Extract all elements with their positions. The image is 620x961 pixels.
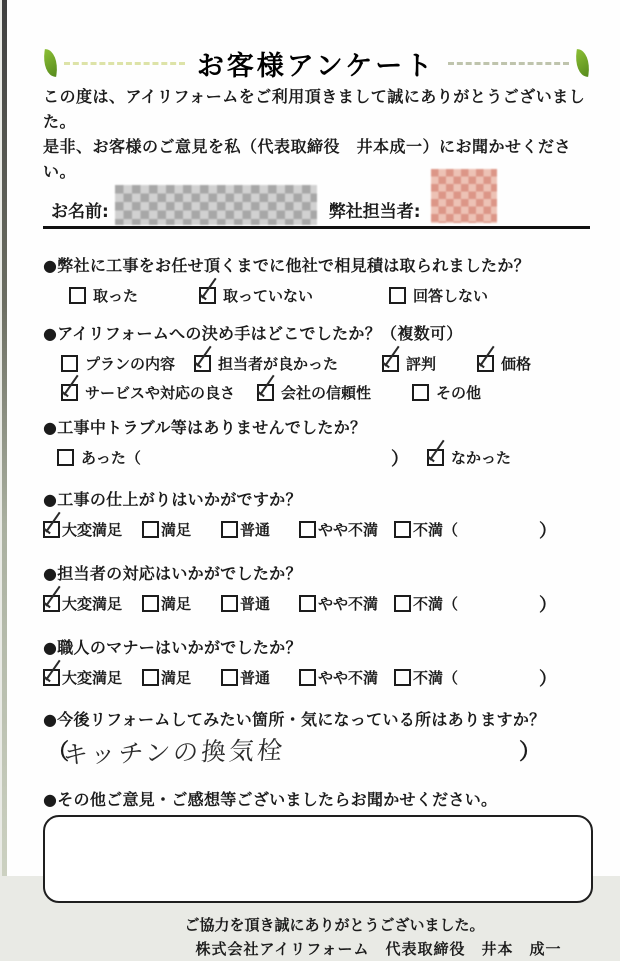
question-heading: ●弊社に工事をお任せ頂くまでに他社で相見積は取られましたか？: [43, 253, 590, 275]
paren-close: ）: [539, 665, 557, 691]
checkbox[interactable]: [257, 384, 274, 401]
option-fuman: 不満（: [394, 667, 458, 688]
name-row: お名前: 弊社担当者:: [43, 192, 590, 229]
option-futsuu: 普通: [221, 519, 270, 540]
option-label: 大変満足: [62, 667, 122, 688]
option-taihen-manzoku: 大変満足: [43, 593, 122, 614]
paren-close: ）: [539, 591, 557, 617]
options-row: プランの内容 担当者が良かった 評判 価格: [43, 349, 590, 378]
option-label: サービスや対応の良さ: [85, 382, 235, 403]
question-q5: ●担当者の対応はいかがでしたか？ 大変満足 満足 普通 やや不満 不満（: [43, 561, 590, 619]
question-heading: ●今後リフォームしてみたい箇所・気になっている所はありますか？: [43, 707, 590, 729]
checkbox[interactable]: [194, 355, 211, 372]
dashed-divider: [448, 62, 569, 65]
paren-close: ）: [539, 517, 557, 543]
checkbox[interactable]: [43, 521, 60, 538]
option-label: やや不満: [318, 593, 378, 614]
question-heading: ●工事の仕上がりはいかがですか？: [43, 487, 590, 509]
customer-name-redacted: [115, 185, 317, 225]
checkbox[interactable]: [394, 595, 411, 612]
handwritten-answer: キッチンの換気栓: [61, 731, 287, 772]
checkbox[interactable]: [427, 449, 444, 466]
option-kakaku: 価格: [477, 353, 531, 374]
options-row: 大変満足 満足 普通 やや不満 不満（ ）: [43, 663, 590, 693]
question-q4: ●工事の仕上がりはいかがですか？ 大変満足 満足 普通 やや不満 不満（: [43, 487, 590, 545]
leaf-icon: [41, 49, 59, 77]
question-heading: ●その他ご意見・ご感想等ございましたらお聞かせください。: [43, 787, 590, 809]
question-q3: ●工事中トラブル等はありませんでしたか？ あった（ ） なかった: [43, 415, 590, 473]
title-row: お客様アンケート: [43, 46, 590, 80]
checkbox[interactable]: [394, 669, 411, 686]
options-row: サービスや対応の良さ 会社の信頼性 その他: [43, 378, 590, 407]
staff-name-label: 弊社担当者:: [329, 197, 421, 222]
question-q2: ●アイリフォームへの決め手はどこでしたか？（複数可） プランの内容 担当者が良か…: [43, 321, 590, 407]
option-label: 回答しない: [413, 285, 488, 306]
leaf-icon: [573, 49, 591, 77]
intro-line-2: 是非、お客様のご意見を私（代表取締役 井本成一）にお聞かせください。: [43, 134, 590, 184]
question-heading: ●担当者の対応はいかがでしたか？: [43, 561, 590, 583]
option-kaitou-shinai: 回答しない: [389, 285, 488, 306]
checkbox[interactable]: [142, 669, 159, 686]
option-label: 普通: [240, 593, 270, 614]
option-label: 普通: [240, 519, 270, 540]
checkbox[interactable]: [477, 355, 494, 372]
option-futsuu: 普通: [221, 593, 270, 614]
checkbox[interactable]: [61, 384, 78, 401]
option-yaya-fuman: やや不満: [299, 519, 378, 540]
checkbox[interactable]: [199, 287, 216, 304]
question-q8: ●その他ご意見・ご感想等ございましたらお聞かせください。: [43, 787, 590, 876]
option-fuman: 不満（: [394, 519, 458, 540]
options-row: 大変満足 満足 普通 やや不満 不満（ ）: [43, 515, 590, 545]
option-label: 大変満足: [62, 593, 122, 614]
options-row: 取った 取っていない 回答しない: [43, 281, 590, 311]
option-service: サービスや対応の良さ: [61, 382, 235, 403]
customer-name-label: お名前:: [51, 197, 109, 222]
paren-close: ）: [519, 735, 541, 766]
checkbox[interactable]: [382, 355, 399, 372]
option-hyouban: 評判: [382, 353, 436, 374]
checkbox[interactable]: [299, 595, 316, 612]
question-heading: ●工事中トラブル等はありませんでしたか？: [43, 415, 590, 437]
option-nakatta: なかった: [427, 447, 511, 468]
option-manzoku: 満足: [142, 667, 191, 688]
paren-close: ）: [391, 445, 409, 471]
question-q7: ●今後リフォームしてみたい箇所・気になっている所はありますか？ （ キッチンの換…: [43, 707, 590, 771]
option-label: 不満（: [413, 593, 458, 614]
intro-text: この度は、アイリフォームをご利用頂きまして誠にありがとうございました。 是非、お…: [43, 84, 590, 184]
option-label: 担当者が良かった: [218, 353, 338, 374]
option-taihen-manzoku: 大変満足: [43, 519, 122, 540]
intro-line-1: この度は、アイリフォームをご利用頂きまして誠にありがとうございました。: [43, 84, 590, 134]
options-row: あった（ ） なかった: [43, 443, 590, 473]
option-label: 大変満足: [62, 519, 122, 540]
checkbox[interactable]: [299, 521, 316, 538]
option-label: 満足: [161, 667, 191, 688]
option-label: やや不満: [318, 667, 378, 688]
checkbox[interactable]: [43, 595, 60, 612]
option-tantousha: 担当者が良かった: [194, 353, 338, 374]
option-manzoku: 満足: [142, 593, 191, 614]
checkbox[interactable]: [142, 595, 159, 612]
option-sonota: その他: [412, 382, 481, 403]
option-label: なかった: [451, 447, 511, 468]
checkbox[interactable]: [221, 595, 238, 612]
staff-stamp-redacted: [431, 169, 497, 223]
option-taihen-manzoku: 大変満足: [43, 667, 122, 688]
option-label: 取った: [93, 285, 138, 306]
option-label: 評判: [406, 353, 436, 374]
option-label: 会社の信頼性: [281, 382, 371, 403]
checkbox[interactable]: [389, 287, 406, 304]
option-yaya-fuman: やや不満: [299, 667, 378, 688]
checkbox[interactable]: [142, 521, 159, 538]
checkbox[interactable]: [61, 355, 78, 372]
checkbox[interactable]: [43, 669, 60, 686]
write-in-field[interactable]: （ キッチンの換気栓 ）: [43, 735, 590, 771]
option-label: 不満（: [413, 519, 458, 540]
option-fuman: 不満（: [394, 593, 458, 614]
option-totta: 取った: [69, 285, 138, 306]
checkbox[interactable]: [221, 669, 238, 686]
comments-box[interactable]: [43, 815, 593, 876]
checkbox[interactable]: [57, 449, 74, 466]
option-shinraisei: 会社の信頼性: [257, 382, 371, 403]
checkbox[interactable]: [299, 669, 316, 686]
option-label: 価格: [501, 353, 531, 374]
page-title: お客様アンケート: [191, 44, 441, 83]
checkbox[interactable]: [394, 521, 411, 538]
option-label: やや不満: [318, 519, 378, 540]
option-totteinai: 取っていない: [199, 285, 313, 306]
option-label: 満足: [161, 593, 191, 614]
checkbox[interactable]: [221, 521, 238, 538]
option-label: 取っていない: [223, 285, 313, 306]
option-label: 満足: [161, 519, 191, 540]
option-yaya-fuman: やや不満: [299, 593, 378, 614]
dashed-divider: [64, 62, 185, 65]
survey-sheet: お客様アンケート この度は、アイリフォームをご利用頂きまして誠にありがとうござい…: [7, 0, 620, 876]
option-futsuu: 普通: [221, 667, 270, 688]
option-label: 不満（: [413, 667, 458, 688]
option-label: その他: [436, 382, 481, 403]
question-q1: ●弊社に工事をお任せ頂くまでに他社で相見積は取られましたか？ 取った 取っていな…: [43, 253, 590, 311]
option-label: プランの内容: [85, 353, 175, 374]
options-row: 大変満足 満足 普通 やや不満 不満（ ）: [43, 589, 590, 619]
option-label: あった（: [81, 447, 141, 468]
option-plan: プランの内容: [61, 353, 175, 374]
checkbox[interactable]: [69, 287, 86, 304]
option-label: 普通: [240, 667, 270, 688]
option-atta: あった（: [57, 447, 141, 468]
checkbox[interactable]: [412, 384, 429, 401]
question-heading: ●アイリフォームへの決め手はどこでしたか？（複数可）: [43, 321, 590, 343]
option-manzoku: 満足: [142, 519, 191, 540]
question-heading: ●職人のマナーはいかがでしたか？: [43, 635, 590, 657]
question-q6: ●職人のマナーはいかがでしたか？ 大変満足 満足 普通 やや不満 不満（: [43, 635, 590, 693]
